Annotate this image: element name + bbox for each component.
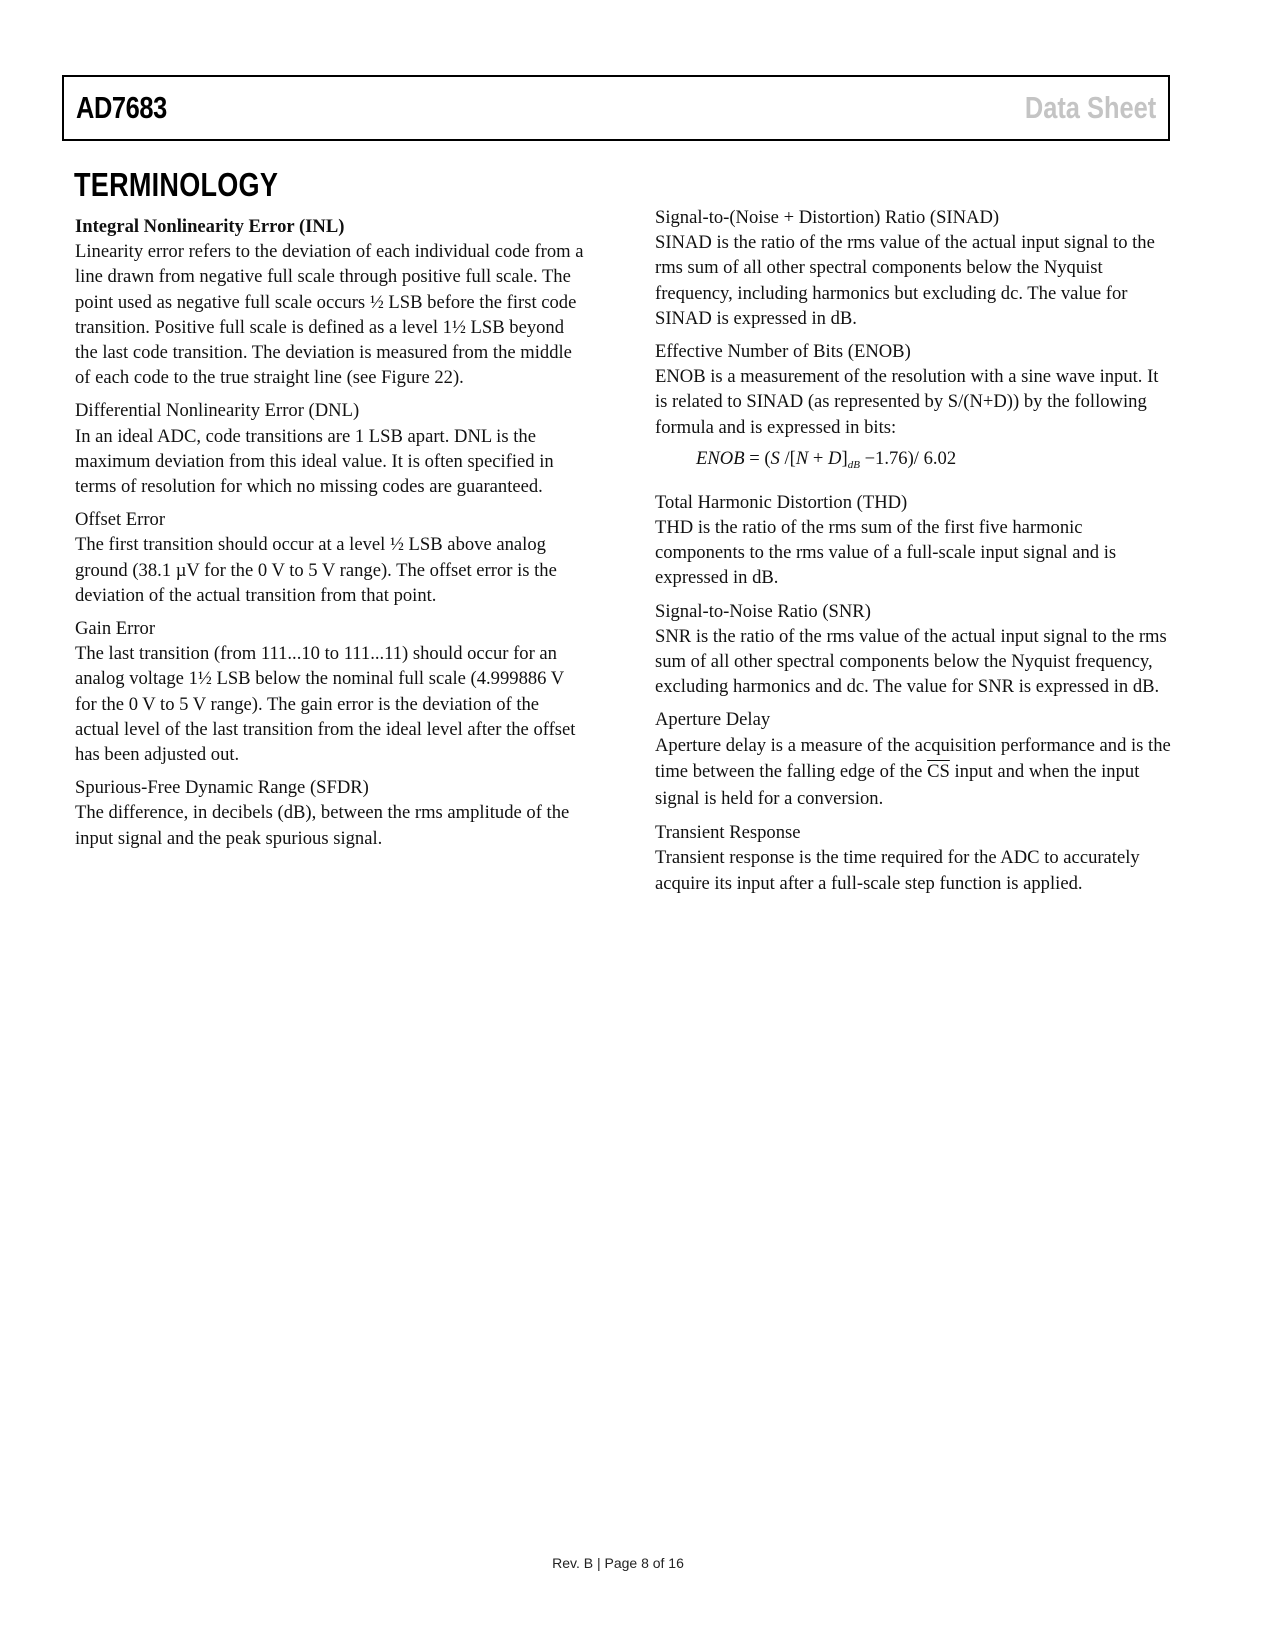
formula-subscript: dB (848, 459, 860, 471)
right-column: Signal-to-(Noise + Distortion) Ratio (SI… (655, 205, 1175, 904)
term-transient-response: Transient Response Transient response is… (655, 820, 1175, 896)
term-title: Differential Nonlinearity Error (DNL) (75, 398, 587, 423)
term-body: Aperture delay is a measure of the acqui… (655, 733, 1175, 813)
term-title: Gain Error (75, 616, 587, 641)
term-title: Signal-to-Noise Ratio (SNR) (655, 599, 1175, 624)
formula-plus: + (808, 448, 828, 469)
term-title: Aperture Delay (655, 707, 1175, 732)
term-body: Linearity error refers to the deviation … (75, 239, 587, 390)
term-title: Effective Number of Bits (ENOB) (655, 339, 1175, 364)
formula-lhs: ENOB (696, 448, 745, 469)
term-body: Transient response is the time required … (655, 845, 1175, 895)
term-enob: Effective Number of Bits (ENOB) ENOB is … (655, 339, 1175, 440)
term-title: Offset Error (75, 507, 587, 532)
term-dnl: Differential Nonlinearity Error (DNL) In… (75, 398, 587, 499)
formula-eq: = ( (745, 448, 771, 469)
term-body: THD is the ratio of the rms sum of the f… (655, 515, 1175, 591)
term-title: Spurious-Free Dynamic Range (SFDR) (75, 775, 587, 800)
term-body: SNR is the ratio of the rms value of the… (655, 624, 1175, 700)
part-number: AD7683 (76, 90, 167, 126)
formula-n: N (796, 448, 808, 469)
term-title: Signal-to-(Noise + Distortion) Ratio (SI… (655, 205, 1175, 230)
term-body: SINAD is the ratio of the rms value of t… (655, 230, 1175, 331)
term-sfdr: Spurious-Free Dynamic Range (SFDR) The d… (75, 775, 587, 851)
term-body: The last transition (from 111...10 to 11… (75, 641, 587, 767)
cs-signal-overbar: CS (927, 761, 950, 782)
term-body: The difference, in decibels (dB), betwee… (75, 800, 587, 850)
term-body: In an ideal ADC, code transitions are 1 … (75, 424, 587, 500)
enob-formula: ENOB = (S /[N + D]dB −1.76)/ 6.02 (696, 444, 1175, 480)
term-thd: Total Harmonic Distortion (THD) THD is t… (655, 490, 1175, 591)
page-footer: Rev. B | Page 8 of 16 (0, 1555, 1236, 1571)
term-snr: Signal-to-Noise Ratio (SNR) SNR is the r… (655, 599, 1175, 700)
formula-slash: /[ (780, 448, 796, 469)
term-sinad: Signal-to-(Noise + Distortion) Ratio (SI… (655, 205, 1175, 331)
page-header: AD7683 Data Sheet (62, 75, 1170, 141)
term-offset-error: Offset Error The first transition should… (75, 507, 587, 608)
term-inl: Integral Nonlinearity Error (INL) Linear… (75, 214, 587, 390)
term-title: Transient Response (655, 820, 1175, 845)
section-title: TERMINOLOGY (74, 166, 278, 204)
term-title: Integral Nonlinearity Error (INL) (75, 214, 587, 239)
term-aperture-delay: Aperture Delay Aperture delay is a measu… (655, 707, 1175, 812)
term-title: Total Harmonic Distortion (THD) (655, 490, 1175, 515)
document-type: Data Sheet (1025, 90, 1156, 126)
formula-d: D (828, 448, 841, 469)
formula-s: S (771, 448, 780, 469)
term-body: ENOB is a measurement of the resolution … (655, 364, 1175, 440)
term-body: The first transition should occur at a l… (75, 532, 587, 608)
term-gain-error: Gain Error The last transition (from 111… (75, 616, 587, 767)
left-column: Integral Nonlinearity Error (INL) Linear… (75, 214, 587, 859)
formula-rest: −1.76)/ 6.02 (860, 448, 956, 469)
